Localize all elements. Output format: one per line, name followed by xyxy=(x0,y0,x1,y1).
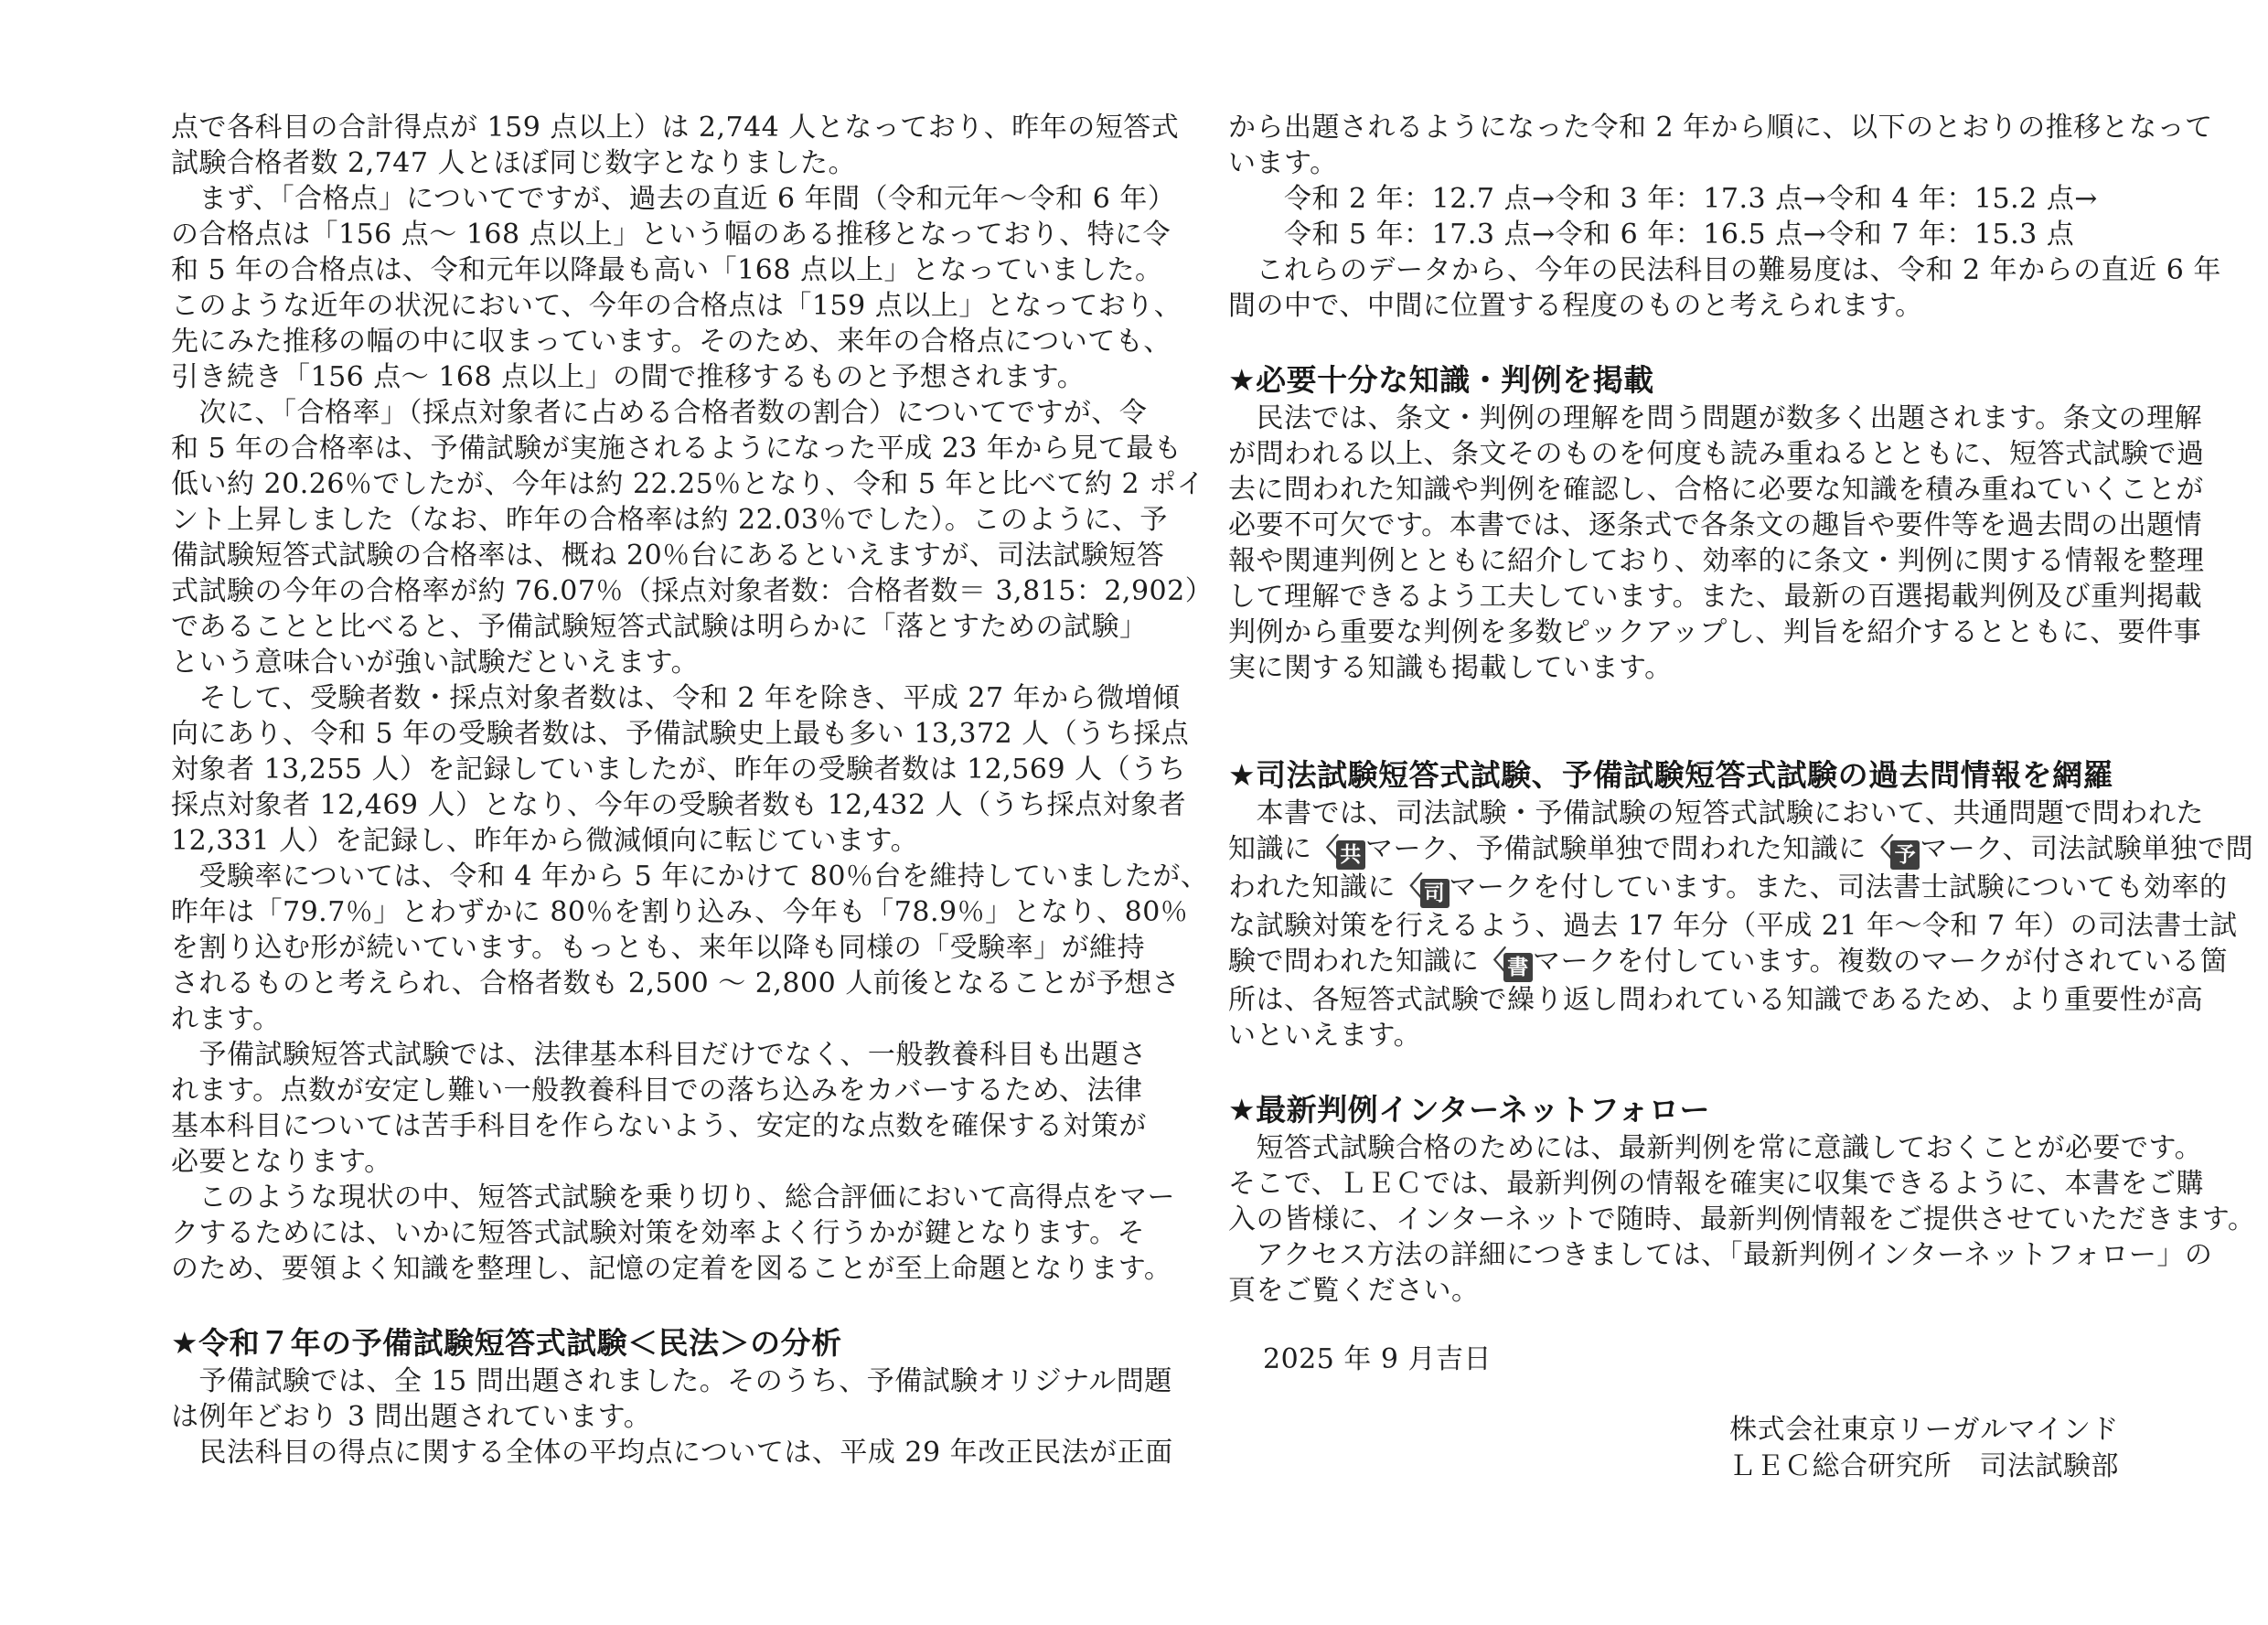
text-line: されるものと考えられ、合格者数も 2,500 ～ 2,800 人前後となることが… xyxy=(171,966,1078,1001)
text-line: 令和 2 年：12.7 点→令和 3 年：17.3 点→令和 4 年：15.2 … xyxy=(1228,181,2146,217)
text-line: 所は、各短答式試験で繰り返し問われている知識であるため、より重要性が高 xyxy=(1228,982,2146,1018)
text-line: 判例から重要な判例を多数ピックアップし、判旨を紹介するとともに、要件事 xyxy=(1228,615,2146,650)
text-line: いといえます。 xyxy=(1228,1018,2146,1053)
text-line: 基本科目については苦手科目を作らないよう、安定的な点数を確保する対策が xyxy=(171,1108,1078,1144)
text-line: 間の中で、中間に位置する程度のものと考えられます。 xyxy=(1228,288,2146,324)
text-line: ント上昇しました（なお、昨年の合格率は約 22.03％でした）。このように、予 xyxy=(171,502,1078,538)
text-line: という意味合いが強い試験だといえます。 xyxy=(171,645,1078,680)
text-line: 去に問われた知識や判例を確認し、合格に必要な知識を積み重ねていくことが xyxy=(1228,472,2146,508)
text-line: して理解できるよう工夫しています。また、最新の百選掲載判例及び重判掲載 xyxy=(1228,579,2146,615)
mark-box: 司 xyxy=(1420,879,1450,908)
text-line: であることと比べると、予備試験短答式試験は明らかに「落とすための試験」 xyxy=(171,609,1078,645)
body-block: から出題されるようになった令和 2 年から順に、以下のとおりの推移となっています… xyxy=(1228,110,2146,324)
heading-block: ★司法試験短答式試験、予備試験短答式試験の過去問情報を網羅 xyxy=(1228,755,2146,796)
text-line: 令和 5 年：17.3 点→令和 6 年：16.5 点→令和 7 年：15.3 … xyxy=(1228,217,2146,252)
text-line: 次に、「合格率」（採点対象者に占める合格者数の割合）についてですが、令 xyxy=(171,395,1078,431)
right-page-column: から出題されるようになった令和 2 年から順に、以下のとおりの推移となっています… xyxy=(1228,110,2146,1485)
body-block: 民法では、条文・判例の理解を問う問題が数多く出題されます。条文の理解が問われる以… xyxy=(1228,401,2146,686)
text-line: 民法科目の得点に関する全体の平均点については、平成 29 年改正民法が正面 xyxy=(171,1435,1078,1470)
text-line: アクセス方法の詳細につきましては、「最新判例インターネットフォロー」の xyxy=(1228,1237,2146,1273)
signature-line: ＬＥＣ総合研究所 司法試験部 xyxy=(1228,1449,2119,1485)
text-line: われた知識に〈司マークを付しています。また、司法書士試験についても効率的 xyxy=(1228,870,2146,908)
text-line: 入の皆様に、インターネットで随時、最新判例情報をご提供させていただきます。 xyxy=(1228,1202,2146,1237)
text-line: 受験率については、令和 4 年から 5 年にかけて 80％台を維持していましたが… xyxy=(171,859,1078,894)
text-line: 験で問われた知識に〈書マークを付しています。複数のマークが付されている箇 xyxy=(1228,944,2146,982)
heading-block: ★最新判例インターネットフォロー xyxy=(1228,1090,2146,1130)
text-line: 引き続き「156 点～ 168 点以上」の間で推移するものと予想されます。 xyxy=(171,359,1078,395)
mark-box: 書 xyxy=(1503,953,1533,982)
text-line: 備試験短答式試験の合格率は、概ね 20％台にあるといえますが、司法試験短答 xyxy=(171,538,1078,573)
body-block: 点で各科目の合計得点が 159 点以上）は 2,744 人となっており、昨年の短… xyxy=(171,110,1078,1287)
text-line: 点で各科目の合計得点が 159 点以上）は 2,744 人となっており、昨年の短… xyxy=(171,110,1078,145)
exam-source-mark: 〈司 xyxy=(1396,870,1450,908)
text-line: 試験合格者数 2,747 人とほぼ同じ数字となりました。 xyxy=(171,145,1078,181)
text-line: れます。点数が安定し難い一般教養科目での落ち込みをカバーするため、法律 xyxy=(171,1073,1078,1108)
exam-source-mark: 〈予 xyxy=(1867,831,1920,870)
mark-box: 予 xyxy=(1890,840,1920,870)
text-line: まず、「合格点」についてですが、過去の直近 6 年間（令和元年～令和 6 年） xyxy=(171,181,1078,217)
text-line: な試験対策を行えるよう、過去 17 年分（平成 21 年～令和 7 年）の司法書… xyxy=(1228,908,2146,944)
section-heading: ★司法試験短答式試験、予備試験短答式試験の過去問情報を網羅 xyxy=(1228,755,2146,796)
text-line: 12,331 人）を記録し、昨年から微減傾向に転じています。 xyxy=(171,823,1078,859)
text-line: 予備試験短答式試験では、法律基本科目だけでなく、一般教養科目も出題さ xyxy=(171,1037,1078,1073)
body-block: 短答式試験合格のためには、最新判例を常に意識しておくことが必要です。そこで、ＬＥ… xyxy=(1228,1130,2146,1309)
signature-line: 株式会社東京リーガルマインド xyxy=(1228,1412,2119,1449)
text-line: 本書では、司法試験・予備試験の短答式試験において、共通問題で問われた xyxy=(1228,796,2146,831)
section-heading: ★必要十分な知識・判例を掲載 xyxy=(1228,360,2146,401)
text-line: これらのデータから、今年の民法科目の難易度は、令和 2 年からの直近 6 年 xyxy=(1228,252,2146,288)
text-line: 民法では、条文・判例の理解を問う問題が数多く出題されます。条文の理解 xyxy=(1228,401,2146,436)
left-page-column: 点で各科目の合計得点が 159 点以上）は 2,744 人となっており、昨年の短… xyxy=(171,110,1078,1470)
text-line: 必要となります。 xyxy=(171,1144,1078,1180)
text-line: クするためには、いかに短答式試験対策を効率よく行うかが鍵となります。そ xyxy=(171,1215,1078,1251)
date-block: 2025 年 9 月吉日 xyxy=(1228,1342,2146,1377)
text-line: そして、受験者数・採点対象者数は、令和 2 年を除き、平成 27 年から微増傾 xyxy=(171,680,1078,716)
text-line: 短答式試験合格のためには、最新判例を常に意識しておくことが必要です。 xyxy=(1228,1130,2146,1166)
text-line: 和 5 年の合格点は、令和元年以降最も高い「168 点以上」となっていました。 xyxy=(171,252,1078,288)
text-line: 知識に〈共マーク、予備試験単独で問われた知識に〈予マーク、司法試験単独で問 xyxy=(1228,831,2146,870)
text-line: は例年どおり 3 問出題されています。 xyxy=(171,1399,1078,1435)
text-line: 式試験の今年の合格率が約 76.07％（採点対象者数：合格者数＝ 3,815：2… xyxy=(171,573,1078,609)
text-line: を割り込む形が続いています。もっとも、来年以降も同様の「受験率」が維持 xyxy=(171,930,1078,966)
text-line: 低い約 20.26％でしたが、今年は約 22.25％となり、令和 5 年と比べて… xyxy=(171,466,1078,502)
book-preface-page: 点で各科目の合計得点が 159 点以上）は 2,744 人となっており、昨年の短… xyxy=(0,0,2268,1625)
text-line: から出題されるようになった令和 2 年から順に、以下のとおりの推移となって xyxy=(1228,110,2146,145)
text-line: 和 5 年の合格率は、予備試験が実施されるようになった平成 23 年から見て最も xyxy=(171,431,1078,466)
text-line: います。 xyxy=(1228,145,2146,181)
text-line: このような現状の中、短答式試験を乗り切り、総合評価において高得点をマー xyxy=(171,1180,1078,1215)
text-line: 昨年は「79.7％」とわずかに 80％を割り込み、今年も「78.9％」となり、8… xyxy=(171,894,1078,930)
body-block: 予備試験では、全 15 問出題されました。そのうち、予備試験オリジナル問題は例年… xyxy=(171,1363,1078,1470)
mark-box: 共 xyxy=(1336,840,1365,870)
signature-block: 株式会社東京リーガルマインドＬＥＣ総合研究所 司法試験部 xyxy=(1228,1412,2146,1485)
text-line: 頁をご覧ください。 xyxy=(1228,1273,2146,1309)
date-line: 2025 年 9 月吉日 xyxy=(1263,1342,2146,1377)
text-line: このような近年の状況において、今年の合格点は「159 点以上」となっており、 xyxy=(171,288,1078,324)
text-line: 採点対象者 12,469 人）となり、今年の受験者数も 12,432 人（うち採… xyxy=(171,787,1078,823)
exam-source-mark: 〈共 xyxy=(1312,831,1366,870)
section-heading: ★最新判例インターネットフォロー xyxy=(1228,1090,2146,1130)
body-block: 本書では、司法試験・予備試験の短答式試験において、共通問題で問われた知識に〈共マ… xyxy=(1228,796,2146,1053)
text-line: 先にみた推移の幅の中に収まっています。そのため、来年の合格点についても、 xyxy=(171,324,1078,359)
text-line: の合格点は「156 点～ 168 点以上」という幅のある推移となっており、特に令 xyxy=(171,217,1078,252)
heading-block: ★令和７年の予備試験短答式試験＜民法＞の分析 xyxy=(171,1323,1078,1363)
angle-bracket-icon: 〈 xyxy=(1396,871,1424,903)
text-line: 向にあり、令和 5 年の受験者数は、予備試験史上最も多い 13,372 人（うち… xyxy=(171,716,1078,752)
text-line: そこで、ＬＥＣでは、最新判例の情報を確実に収集できるように、本書をご購 xyxy=(1228,1166,2146,1202)
text-line: 予備試験では、全 15 問出題されました。そのうち、予備試験オリジナル問題 xyxy=(171,1363,1078,1399)
text-line: 報や関連判例とともに紹介しており、効率的に条文・判例に関する情報を整理 xyxy=(1228,543,2146,579)
heading-block: ★必要十分な知識・判例を掲載 xyxy=(1228,360,2146,401)
text-line: 必要不可欠です。本書では、逐条式で各条文の趣旨や要件等を過去問の出題情 xyxy=(1228,508,2146,543)
text-line: れます。 xyxy=(171,1001,1078,1037)
text-line: 対象者 13,255 人）を記録していましたが、昨年の受験者数は 12,569 … xyxy=(171,752,1078,787)
text-line: のため、要領よく知識を整理し、記憶の定着を図ることが至上命題となります。 xyxy=(171,1251,1078,1287)
exam-source-mark: 〈書 xyxy=(1480,944,1534,982)
text-line: が問われる以上、条文そのものを何度も読み重ねるとともに、短答式試験で過 xyxy=(1228,436,2146,472)
text-line: 実に関する知識も掲載しています。 xyxy=(1228,650,2146,686)
section-heading: ★令和７年の予備試験短答式試験＜民法＞の分析 xyxy=(171,1323,1078,1363)
